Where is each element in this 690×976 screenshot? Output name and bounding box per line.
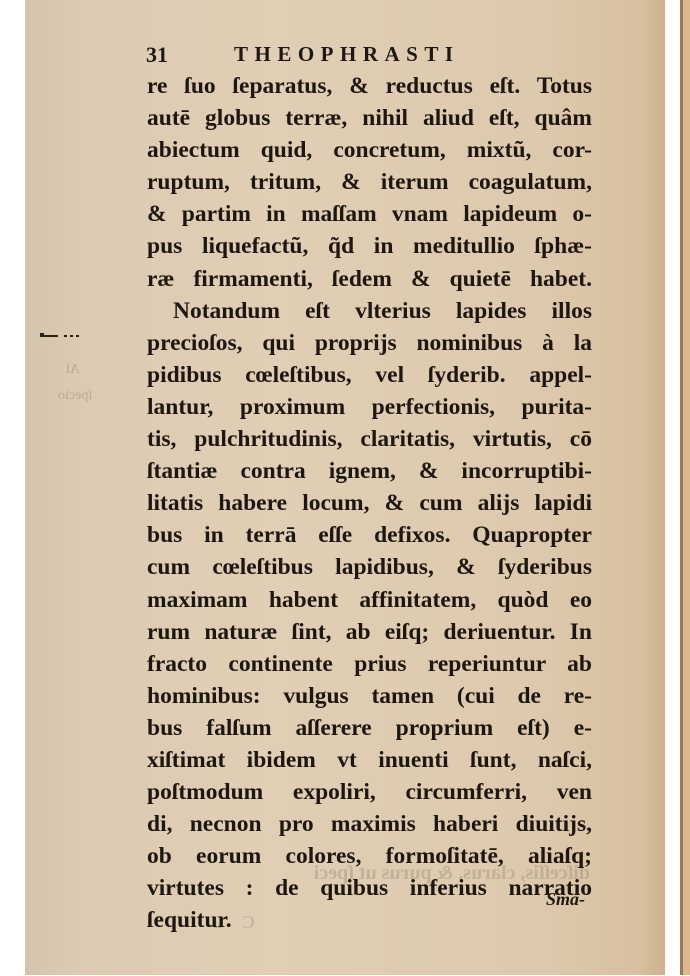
- text-line: cum cœleſtibus lapidibus, & ſyderibus: [147, 551, 592, 583]
- text-line: ob eorum colores, formoſitatē, aliaſq;: [147, 840, 592, 872]
- margin-bleed-through: Al: [66, 362, 80, 378]
- text-line: ruptum, tritum, & iterum coagulatum,: [147, 166, 592, 198]
- body-text: re ſuo ſeparatus, & reductus eſt. Totus …: [147, 70, 592, 937]
- margin-bleed-through: ſpecio: [58, 388, 92, 404]
- text-line-last: ſequitur.: [147, 904, 592, 936]
- page-edge-highlight: [683, 0, 690, 975]
- text-line: abiectum quid, concretum, mixtũ, cor-: [147, 134, 592, 166]
- text-line: di, necnon pro maximis haberi diuitijs,: [147, 808, 592, 840]
- text-line: tis, pulchritudinis, claritatis, virtuti…: [147, 423, 592, 455]
- text-line: ſtantiæ contra ignem, & incorruptibi-: [147, 455, 592, 487]
- text-line: bus in terrā eſſe defixos. Quapropter: [147, 519, 592, 551]
- text-line: ræ firmamenti, ſedem & quietē habet.: [147, 263, 592, 295]
- text-line: virtutes : de quibus inferius narratio: [147, 872, 592, 904]
- text-line: poſtmodum expoliri, circumferri, ven: [147, 776, 592, 808]
- paragraph-start-line: Notandum eſt vlterius lapides illos: [147, 295, 592, 327]
- text-line: maximam habent affinitatem, quòd eo: [147, 584, 592, 616]
- page-number: 31: [146, 42, 168, 68]
- text-line: rum naturæ ſint, ab eiſq; deriuentur. In: [147, 616, 592, 648]
- text-line: litatis habere locum, & cum alijs lapidi: [147, 487, 592, 519]
- catchword: Sma-: [546, 889, 585, 910]
- text-line: hominibus: vulgus tamen (cui de re-: [147, 680, 592, 712]
- text-line: precioſos, qui proprijs nominibus à la: [147, 327, 592, 359]
- text-line: pus liquefactũ, q̃d in meditullio ſphæ-: [147, 230, 592, 262]
- text-line: re ſuo ſeparatus, & reductus eſt. Totus: [147, 70, 592, 102]
- text-line: bus falſum aſſerere proprium eſt) e-: [147, 712, 592, 744]
- text-line: lantur, proximum perfectionis, purita-: [147, 391, 592, 423]
- running-title: THEOPHRASTI: [234, 42, 460, 67]
- page-header: 31 THEOPHRASTI: [146, 42, 596, 72]
- text-line: autē globus terræ, nihil aliud eſt, quâm: [147, 102, 592, 134]
- text-line: xiſtimat ibidem vt inuenti ſunt, naſci,: [147, 744, 592, 776]
- text-line: fracto continente prius reperiuntur ab: [147, 648, 592, 680]
- text-line: & partim in maſſam vnam lapideum o-: [147, 198, 592, 230]
- text-line: pidibus cœleſtibus, vel ſyderib. appel-: [147, 359, 592, 391]
- margin-annotation-mark: [40, 333, 82, 339]
